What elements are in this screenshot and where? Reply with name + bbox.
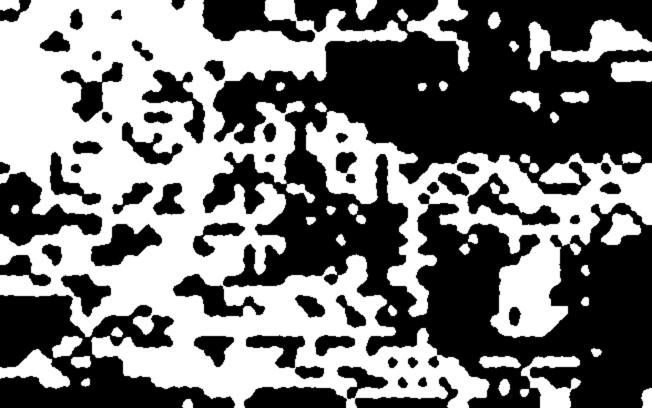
dalmatian-illusion-image (0, 0, 652, 408)
screenshot-root (0, 0, 652, 408)
dalmatian-illusion-figure (0, 0, 652, 408)
